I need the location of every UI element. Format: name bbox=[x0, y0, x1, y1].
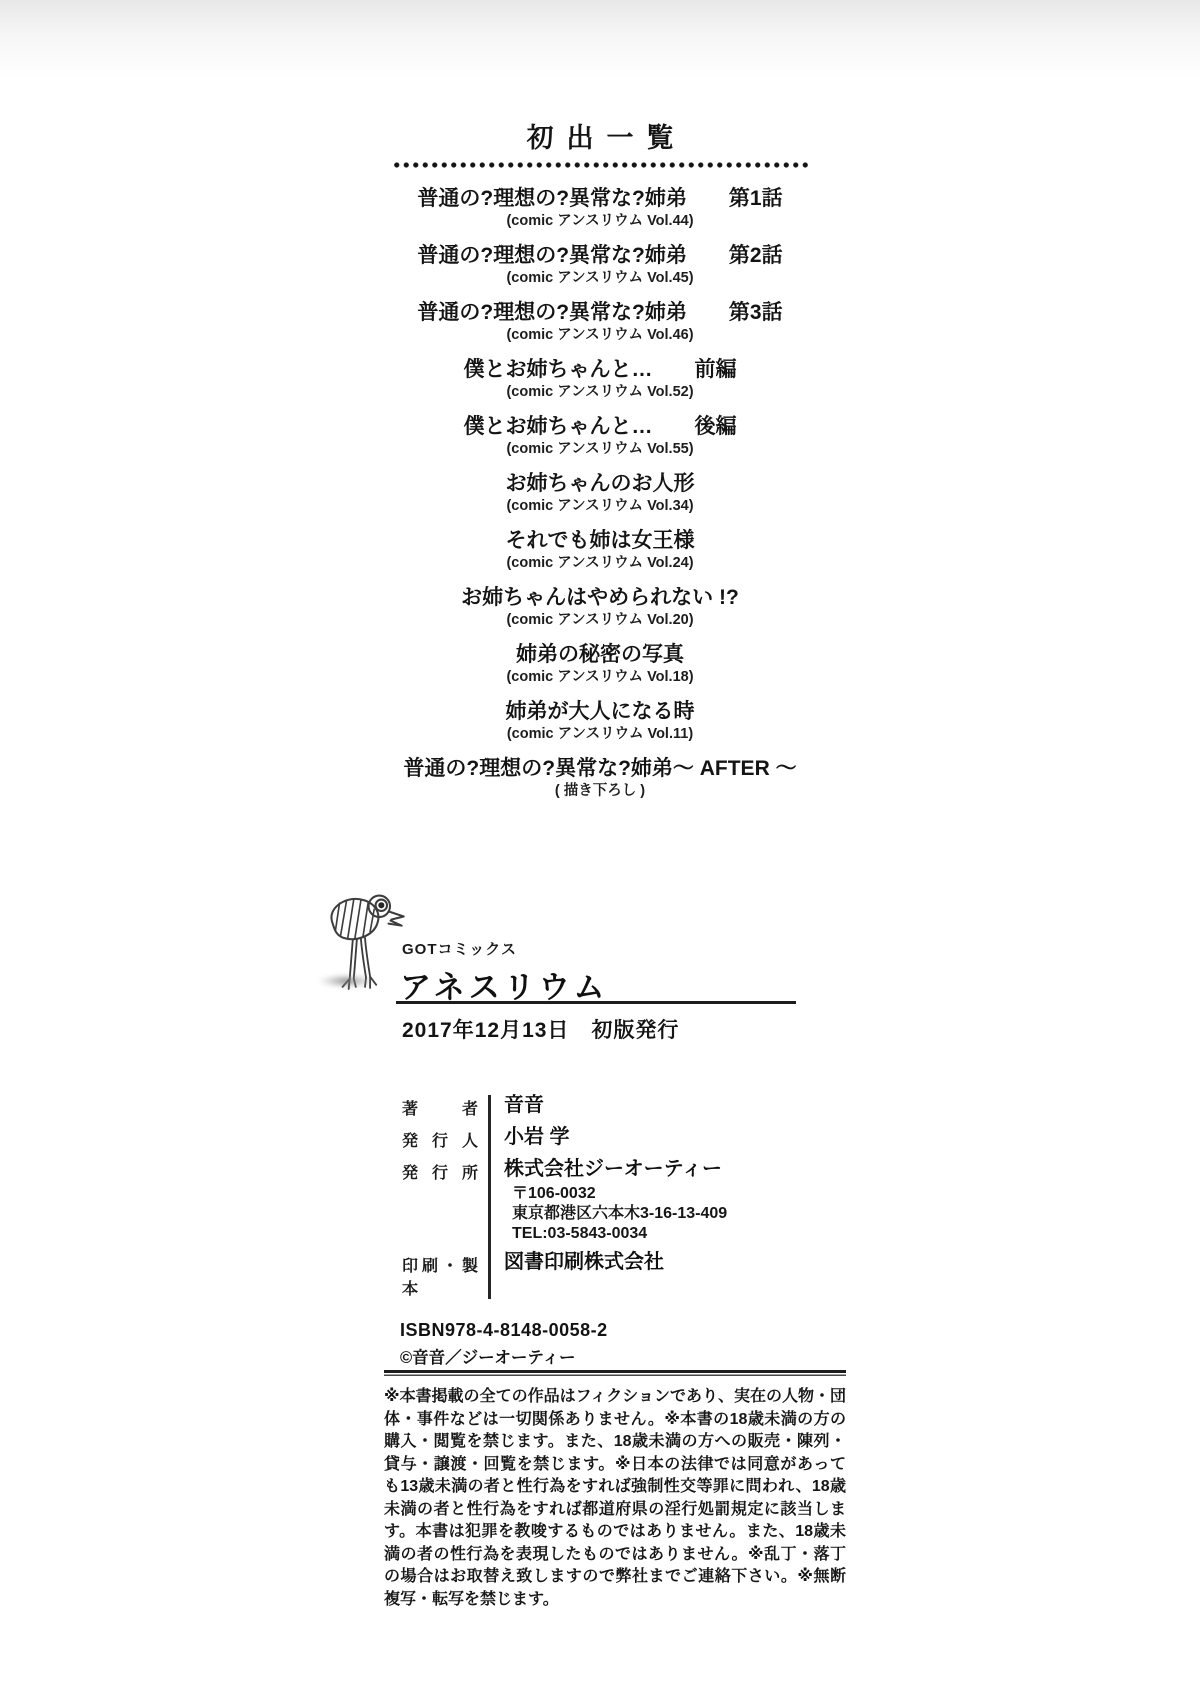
entry-source: (comic アンスリウム Vol.34) bbox=[0, 497, 1200, 515]
entry-title: 普通の?理想の?異常な?姉弟 第2話 bbox=[0, 242, 1200, 269]
section-title: 初出一覧 bbox=[0, 116, 1200, 155]
logo-shadow bbox=[318, 974, 376, 988]
entry-source: (comic アンスリウム Vol.11) bbox=[0, 725, 1200, 743]
isbn-block: ISBN978-4-8148-0058-2 ©音音／ジーオーティー bbox=[400, 1320, 608, 1368]
dotted-divider bbox=[392, 161, 808, 169]
publication-entry: 僕とお姉ちゃんと… 後編 (comic アンスリウム Vol.55) bbox=[0, 413, 1200, 458]
credit-row-publishing-company: 発行所 株式会社ジーオーティー 〒106-0032 東京都港区六本木3-16-1… bbox=[402, 1156, 822, 1244]
entry-title: 姉弟が大人になる時 bbox=[0, 698, 1200, 725]
entry-source: (comic アンスリウム Vol.44) bbox=[0, 212, 1200, 230]
publication-entry: お姉ちゃんはやめられない !? (comic アンスリウム Vol.20) bbox=[0, 584, 1200, 629]
entry-source: (comic アンスリウム Vol.18) bbox=[0, 668, 1200, 686]
entry-title: 姉弟の秘密の写真 bbox=[0, 641, 1200, 668]
isbn: ISBN978-4-8148-0058-2 bbox=[400, 1320, 608, 1341]
credit-row-author: 著者 音音 bbox=[402, 1092, 822, 1119]
divider-double-line bbox=[384, 1370, 846, 1377]
credits-table: 著者 音音 発行人 小岩 学 発行所 株式会社ジーオーティー 〒106-0032… bbox=[402, 1092, 822, 1304]
divider-line bbox=[396, 1001, 796, 1004]
first-publication-list: 初出一覧 普通の?理想の?異常な?姉弟 第1話 (comic アンスリウム Vo… bbox=[0, 116, 1200, 812]
credit-row-publisher-person: 発行人 小岩 学 bbox=[402, 1124, 822, 1151]
imprint-label: GOTコミックス bbox=[402, 938, 517, 959]
publisher-phone: TEL:03-5843-0034 bbox=[504, 1224, 727, 1244]
credit-label: 印刷・製本 bbox=[402, 1249, 478, 1299]
entry-title: 僕とお姉ちゃんと… 後編 bbox=[0, 413, 1200, 440]
credit-row-printer: 印刷・製本 図書印刷株式会社 bbox=[402, 1249, 822, 1299]
entry-title: お姉ちゃんのお人形 bbox=[0, 470, 1200, 497]
credit-value: 小岩 学 bbox=[504, 1124, 570, 1150]
publisher-postal-code: 〒106-0032 bbox=[504, 1184, 727, 1204]
publication-entry: 姉弟が大人になる時 (comic アンスリウム Vol.11) bbox=[0, 698, 1200, 743]
entry-source: (comic アンスリウム Vol.24) bbox=[0, 554, 1200, 572]
publication-entry: それでも姉は女王様 (comic アンスリウム Vol.24) bbox=[0, 527, 1200, 572]
entry-title: お姉ちゃんはやめられない !? bbox=[0, 584, 1200, 611]
publication-entry: 姉弟の秘密の写真 (comic アンスリウム Vol.18) bbox=[0, 641, 1200, 686]
credit-value: 音音 bbox=[504, 1092, 544, 1118]
entry-title: 普通の?理想の?異常な?姉弟 第3話 bbox=[0, 299, 1200, 326]
disclaimer-text: ※本書掲載の全ての作品はフィクションであり、実在の人物・団体・事件などは一切関係… bbox=[384, 1386, 846, 1611]
edition-line: 2017年12月13日 初版発行 bbox=[402, 1014, 679, 1044]
publication-entry: お姉ちゃんのお人形 (comic アンスリウム Vol.34) bbox=[0, 470, 1200, 515]
credit-value: 株式会社ジーオーティー bbox=[504, 1156, 727, 1182]
credit-value: 図書印刷株式会社 bbox=[504, 1249, 664, 1275]
entry-source: (comic アンスリウム Vol.45) bbox=[0, 269, 1200, 287]
publication-entry: 普通の?理想の?異常な?姉弟 第1話 (comic アンスリウム Vol.44) bbox=[0, 185, 1200, 230]
entry-title: 僕とお姉ちゃんと… 前編 bbox=[0, 356, 1200, 383]
entry-source: (comic アンスリウム Vol.46) bbox=[0, 326, 1200, 344]
publication-entry: 普通の?理想の?異常な?姉弟～ AFTER ～ ( 描き下ろし ) bbox=[0, 755, 1200, 800]
publication-entry: 僕とお姉ちゃんと… 前編 (comic アンスリウム Vol.52) bbox=[0, 356, 1200, 401]
publisher-address: 東京都港区六本木3-16-13-409 bbox=[504, 1204, 727, 1224]
copyright-line: ©音音／ジーオーティー bbox=[400, 1344, 608, 1368]
entry-title: それでも姉は女王様 bbox=[0, 527, 1200, 554]
entry-source: (comic アンスリウム Vol.20) bbox=[0, 611, 1200, 629]
entry-source: (comic アンスリウム Vol.52) bbox=[0, 383, 1200, 401]
publication-entry: 普通の?理想の?異常な?姉弟 第2話 (comic アンスリウム Vol.45) bbox=[0, 242, 1200, 287]
entry-source: (comic アンスリウム Vol.55) bbox=[0, 440, 1200, 458]
credit-label: 著者 bbox=[402, 1092, 478, 1119]
credit-label: 発行所 bbox=[402, 1156, 478, 1183]
entry-title: 普通の?理想の?異常な?姉弟 第1話 bbox=[0, 185, 1200, 212]
credit-label: 発行人 bbox=[402, 1124, 478, 1151]
entry-source: ( 描き下ろし ) bbox=[0, 782, 1200, 800]
publication-entry: 普通の?理想の?異常な?姉弟 第3話 (comic アンスリウム Vol.46) bbox=[0, 299, 1200, 344]
entry-title: 普通の?理想の?異常な?姉弟～ AFTER ～ bbox=[0, 755, 1200, 782]
